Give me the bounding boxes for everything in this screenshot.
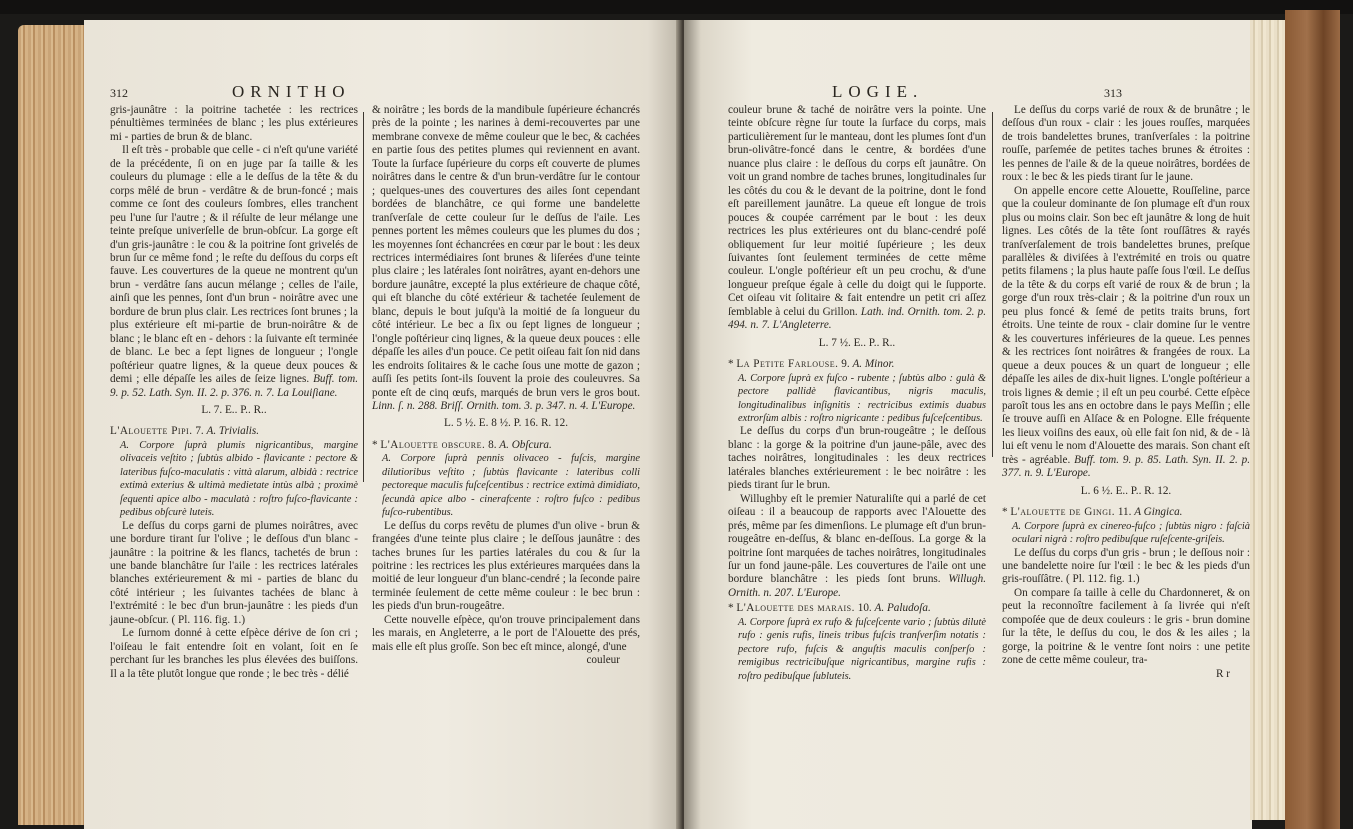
species-number: 7. <box>195 425 203 437</box>
latin-description: A. Corpore ſuprà pennis olivaceo - fuſci… <box>372 452 640 519</box>
paragraph: Le ſurnom donné à cette eſpèce dérive de… <box>110 627 358 681</box>
measurements: L. 5 ½. E. 8 ½. P. 16. R. 12. <box>372 417 640 430</box>
catchword: couleur <box>372 654 640 667</box>
latin-description: A. Corpore ſuprà ex fuſco - rubente ; ſu… <box>728 372 986 426</box>
species-entry-heading: * L'Alouette des marais. 10. A. Paludoſa… <box>728 602 986 615</box>
measurements: L. 6 ½. E.. P.. R. 12. <box>1002 485 1250 498</box>
paragraph: & noirâtre ; les bords de la mandibule ſ… <box>372 104 640 413</box>
page-edges-left <box>18 25 84 825</box>
paragraph: Le deſſus du corps d'un brun-rougeâtre ;… <box>728 425 986 492</box>
right-page-column-2: Le deſſus du corps varié de roux & de br… <box>1002 104 1250 681</box>
column-divider <box>992 112 993 457</box>
paragraph: Il eſt très - probable que celle - ci n'… <box>110 144 358 400</box>
species-number: 10. <box>858 602 872 614</box>
species-number: 9. <box>841 358 849 370</box>
species-entry-heading: * La Petite Farlouse. 9. A. Minor. <box>728 358 986 371</box>
latin-name: A. Trivialis. <box>207 425 260 437</box>
column-divider <box>363 112 364 482</box>
species-name: L'Alouette obscure. <box>380 439 485 451</box>
paragraph: Le deſſus du corps garni de plumes noirâ… <box>110 520 358 628</box>
paragraph: On compare ſa taille à celle du Chardonn… <box>1002 587 1250 668</box>
measurements: L. 7 ½. E.. P.. R.. <box>728 337 986 350</box>
species-entry-heading: * L'Alouette obscure. 8. A. Obſcura. <box>372 439 640 452</box>
latin-description: A. Corpore ſuprà plumis nigricantibus, m… <box>110 439 358 520</box>
paragraph: Cette nouvelle eſpèce, qu'on trouve prin… <box>372 614 640 654</box>
paragraph: Le deſſus du corps revêtu de plumes d'un… <box>372 520 640 614</box>
species-entry-heading: L'Alouette Pipi. 7. A. Trivialis. <box>110 425 358 438</box>
latin-name: A. Minor. <box>852 358 894 370</box>
latin-name: A. Paludoſa. <box>875 602 931 614</box>
running-head-left: ORNITHO <box>232 82 351 102</box>
species-name: La Petite Farlouse. <box>736 358 838 370</box>
left-page: 312 ORNITHO gris-jaunâtre : la poitrine … <box>84 20 684 829</box>
paragraph: couleur brune & taché de noirâtre vers l… <box>728 104 986 333</box>
latin-name: A. Obſcura. <box>499 439 552 451</box>
paragraph: Le deſſus du corps varié de roux & de br… <box>1002 104 1250 185</box>
paragraph: Willughby eſt le premier Naturaliſte qui… <box>728 493 986 601</box>
latin-description: A. Corpore ſuprà ex rufo & fuſceſcente v… <box>728 616 986 683</box>
species-name: L'alouette de Gingi. <box>1010 506 1115 518</box>
species-number: 8. <box>488 439 496 451</box>
book-cover-right <box>1285 10 1340 829</box>
species-name: L'Alouette des marais. <box>736 602 855 614</box>
species-name: L'Alouette Pipi. <box>110 425 193 437</box>
page-number-right: 313 <box>1104 86 1122 101</box>
measurements: L. 7. E.. P.. R.. <box>110 404 358 417</box>
left-page-column-1: gris-jaunâtre : la poitrine tachetée : l… <box>110 104 358 681</box>
species-number: 11. <box>1118 506 1132 518</box>
latin-description: A. Corpore ſuprà ex cinereo-fuſco ; ſubt… <box>1002 520 1250 547</box>
right-page-column-1: couleur brune & taché de noirâtre vers l… <box>728 104 986 683</box>
signature-mark: R r <box>1002 668 1250 681</box>
right-page: LOGIE. 313 couleur brune & taché de noir… <box>684 20 1252 829</box>
book-cover-top <box>0 0 1353 14</box>
species-entry-heading: * L'alouette de Gingi. 11. A Gingica. <box>1002 506 1250 519</box>
paragraph: On appelle encore cette Alouette, Rouſſe… <box>1002 185 1250 481</box>
running-head-right: LOGIE. <box>832 82 923 102</box>
paragraph: gris-jaunâtre : la poitrine tachetée : l… <box>110 104 358 144</box>
reference: Linn. ſ. n. 288. Briſſ. Ornith. tom. 3. … <box>372 400 635 412</box>
paragraph: Le deſſus du corps d'un gris - brun ; le… <box>1002 547 1250 587</box>
page-number-left: 312 <box>110 86 128 101</box>
page-edges-right <box>1250 20 1290 820</box>
latin-name: A Gingica. <box>1134 506 1182 518</box>
left-page-column-2: & noirâtre ; les bords de la mandibule ſ… <box>372 104 640 668</box>
